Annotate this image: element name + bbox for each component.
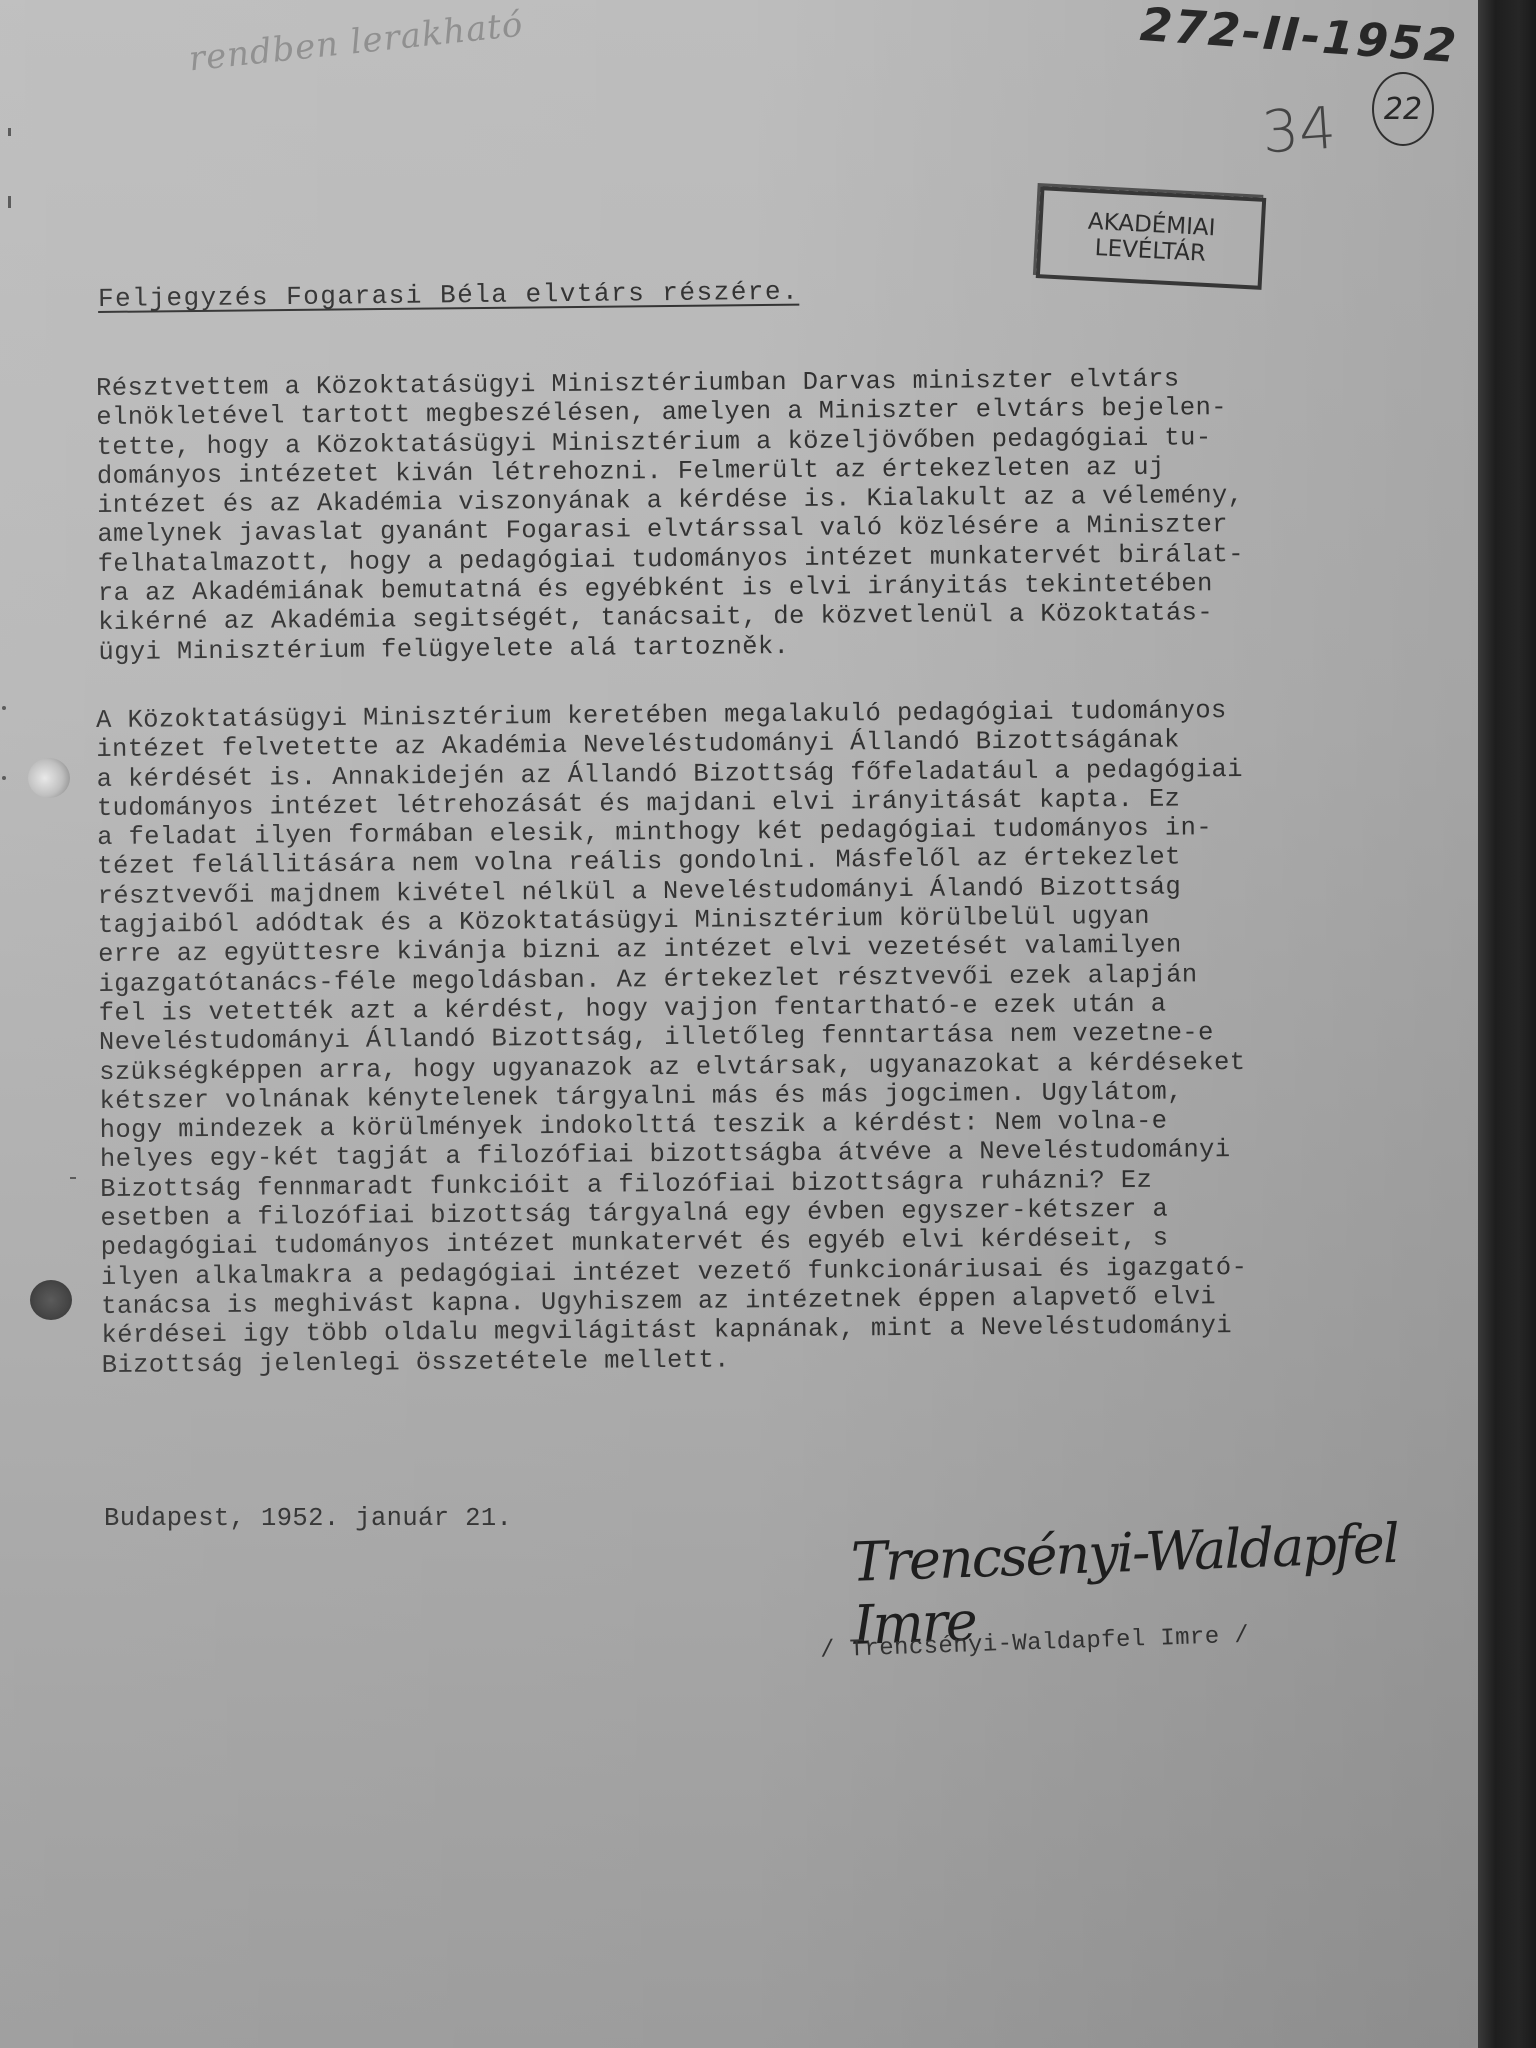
archive-stamp: AKADÉMIAI LEVÉLTÁR [1036, 186, 1267, 290]
margin-mark [8, 196, 11, 208]
stamp-line-2: LEVÉLTÁR [1094, 235, 1206, 267]
punch-hole [28, 758, 70, 798]
margin-mark [2, 776, 6, 780]
folio-number: 22 [1384, 92, 1422, 127]
document-page: rendben lerakható 272-II-1952 34 22 AKAD… [0, 0, 1478, 2048]
circled-folio-number: 22 [1372, 72, 1434, 146]
paragraph-2: A Közoktatásügyi Minisztérium keretében … [96, 694, 1478, 1380]
margin-mark [2, 706, 6, 710]
punch-hole [30, 1280, 72, 1320]
margin-mark [70, 1177, 76, 1179]
binding-edge [1478, 0, 1536, 2048]
archive-reference-number: 272-II-1952 [1139, 0, 1460, 73]
paragraph-1: Résztvettem a Közoktatásügyi Minisztériu… [96, 362, 1478, 667]
document-title: Feljegyzés Fogarasi Béla elvtárs részére… [98, 277, 799, 314]
pencil-annotation: rendben lerakható [187, 5, 525, 80]
document-date: Budapest, 1952. január 21. [104, 1504, 512, 1533]
handwritten-page-number: 34 [1260, 94, 1338, 167]
margin-mark [8, 128, 11, 136]
